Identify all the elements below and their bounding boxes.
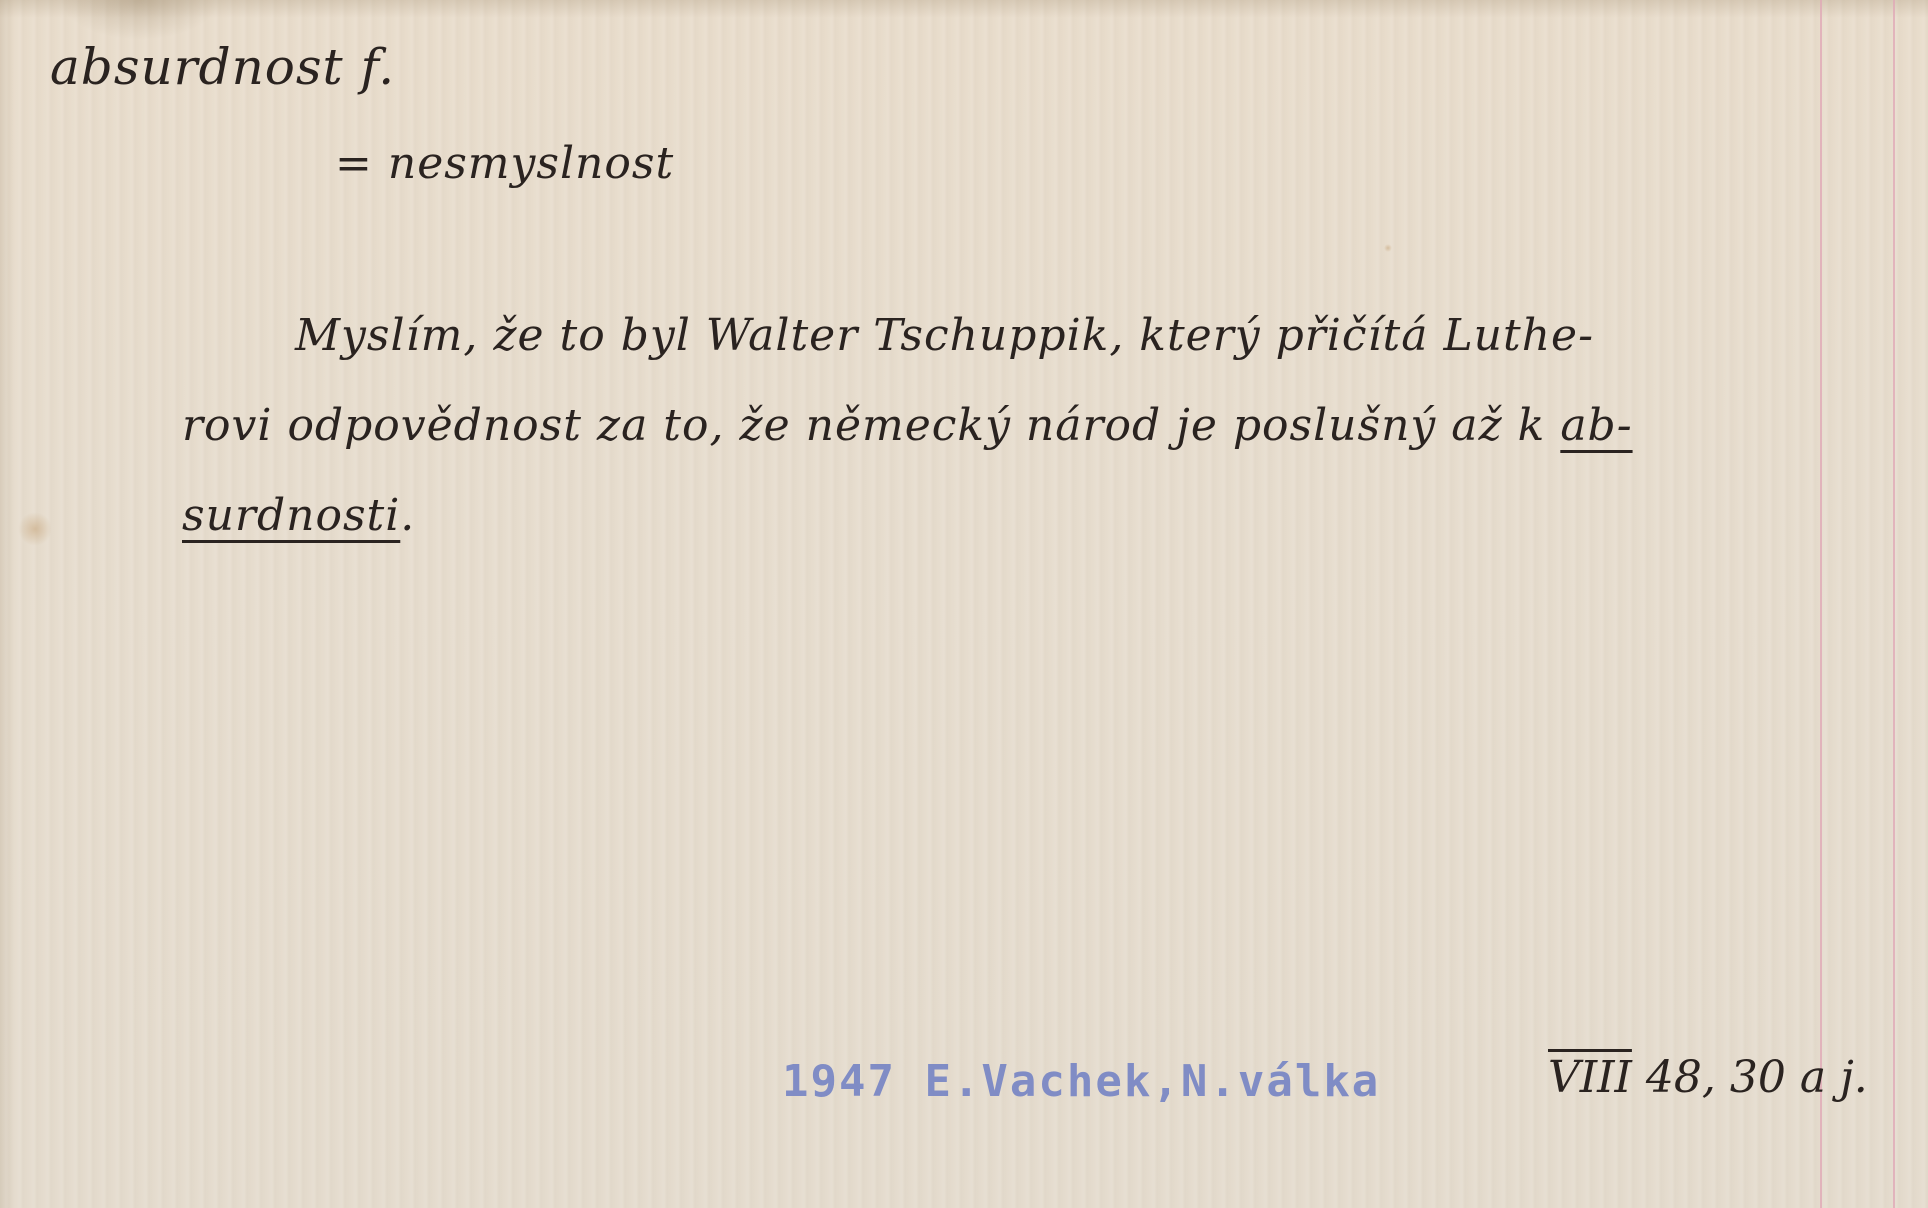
margin-line-right [1893,0,1895,1208]
source-stamp: 1947 E.Vachek,N.válka [782,1056,1380,1107]
paper-speck [1384,244,1392,252]
highlight-end: surdnosti [182,490,400,541]
card-edge-shadow [0,0,1928,18]
source-reference: VIII 48, 30 a j. [1548,1052,1868,1103]
headword: absurdnost f. [50,38,395,96]
margin-line-left [1820,0,1822,1208]
example-line-2: rovi odpovědnost za to, že německý národ… [182,400,1633,451]
dictionary-card: absurdnost f. = nesmyslnost Myslím, že t… [0,0,1928,1208]
paper-stain [18,512,52,546]
example-line-1: Myslím, že to byl Walter Tschuppik, kter… [295,310,1594,361]
example-line-3: surdnosti. [182,490,415,541]
card-edge-shadow-left [0,0,14,1208]
line3-suffix: . [400,490,415,541]
source-pages: 48, 30 a j. [1646,1052,1868,1103]
source-volume: VIII [1548,1052,1632,1103]
highlight-start: ab- [1560,400,1632,451]
synonym: = nesmyslnost [335,138,674,189]
corner-shade [60,0,220,40]
example-line-2-text: rovi odpovědnost za to, že německý národ… [182,400,1560,451]
